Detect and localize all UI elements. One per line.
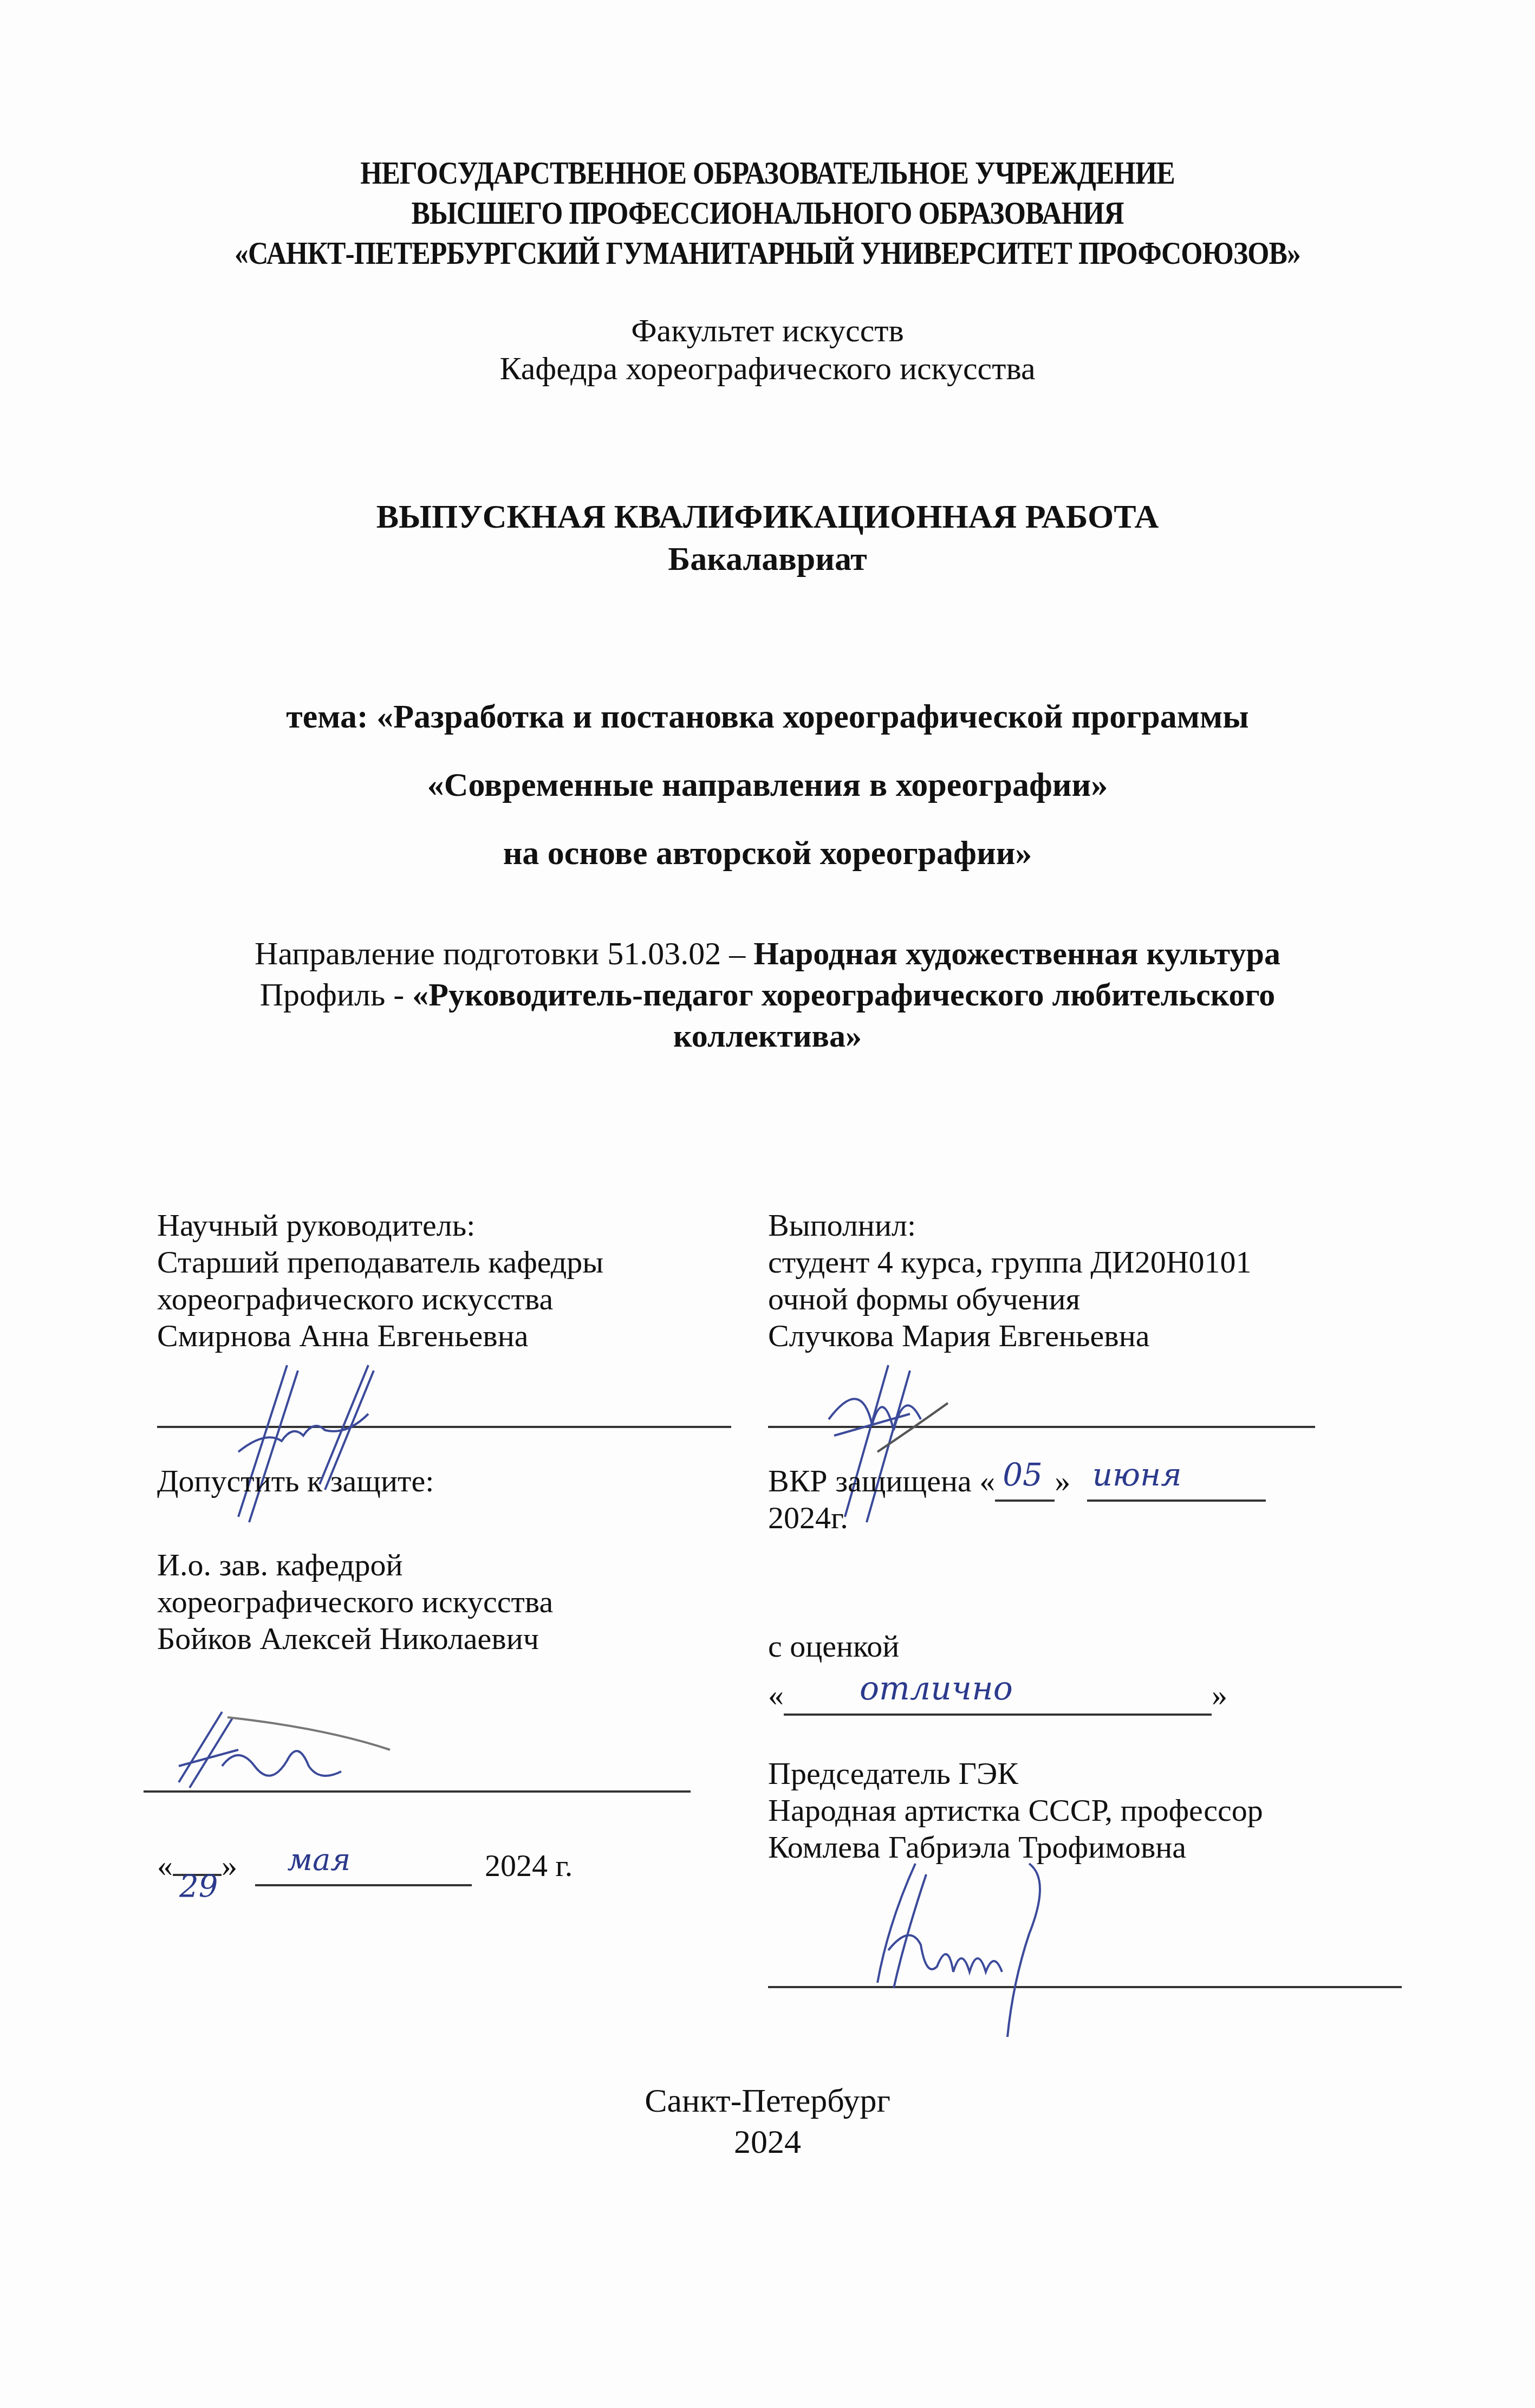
thesis-title-page: НЕГОСУДАРСТВЕННОЕ ОБРАЗОВАТЕЛЬНОЕ УЧРЕЖД… xyxy=(0,0,1535,2408)
theme-block: тема: «Разработка и постановка хореограф… xyxy=(0,683,1535,887)
supervisor-signature-line xyxy=(157,1426,731,1428)
admission-date-year: 2024 г. xyxy=(485,1848,573,1883)
admission-heading: Допустить к защите: xyxy=(157,1463,742,1500)
supervisor-block: Научный руководитель: Старший преподават… xyxy=(157,1207,742,1354)
defense-grade-close: » xyxy=(1212,1677,1227,1712)
admission-name: Бойков Алексей Николаевич xyxy=(157,1620,742,1657)
admission-date-day: 29 xyxy=(179,1868,218,1905)
admission-signature-icon xyxy=(162,1706,422,1809)
theme-line-1: тема: «Разработка и постановка хореограф… xyxy=(0,683,1535,751)
defense-grade-open: « xyxy=(768,1677,784,1712)
profile-label: Профиль - xyxy=(260,977,413,1012)
work-level: Бакалавриат xyxy=(0,538,1535,580)
footer-city: Санкт-Петербург xyxy=(0,2080,1535,2121)
defense-grade-value: отлично xyxy=(860,1670,1013,1707)
admission-date: «29» мая 2024 г. xyxy=(157,1847,742,1886)
commission-heading: Председатель ГЭК xyxy=(768,1755,1407,1792)
admission-position-1: И.о. зав. кафедрой xyxy=(157,1547,742,1583)
supervisor-signature-icon xyxy=(206,1354,455,1528)
commission-signature-icon xyxy=(867,1858,1072,2042)
department-name: Кафедра хореографического искусства xyxy=(0,349,1535,387)
commission-block: Председатель ГЭК Народная артистка СССР,… xyxy=(768,1755,1407,1866)
defense-month: июня xyxy=(1092,1456,1182,1493)
student-heading: Выполнил: xyxy=(768,1207,1407,1244)
student-signature-line xyxy=(768,1426,1315,1428)
defense-month-field: июня xyxy=(1087,1463,1266,1502)
profile-value-2: коллектива» xyxy=(673,1018,862,1054)
commission-title: Народная артистка СССР, профессор xyxy=(768,1792,1407,1829)
institution-line-3: «САНКТ-ПЕТЕРБУРГСКИЙ ГУМАНИТАРНЫЙ УНИВЕР… xyxy=(107,233,1427,273)
supervisor-heading: Научный руководитель: xyxy=(157,1207,742,1244)
defense-date: ВКР защищена «05 » июня xyxy=(768,1463,1407,1502)
defense-label: ВКР защищена « xyxy=(768,1463,995,1498)
commission-signature-line xyxy=(768,1986,1402,1988)
defense-year: 2024г. xyxy=(768,1500,1407,1536)
admission-date-close: » xyxy=(222,1848,237,1883)
direction-line: Направление подготовки 51.03.02 – Народн… xyxy=(0,933,1535,974)
institution-line-1: НЕГОСУДАРСТВЕННОЕ ОБРАЗОВАТЕЛЬНОЕ УЧРЕЖД… xyxy=(107,153,1427,193)
defense-grade-label: с оценкой xyxy=(768,1628,1407,1665)
defense-day-field: 05 xyxy=(995,1463,1055,1502)
admission-signature-line xyxy=(144,1790,691,1793)
student-line-2: очной формы обучения xyxy=(768,1281,1407,1317)
student-name: Случкова Мария Евгеньевна xyxy=(768,1317,1407,1354)
admission-date-month: мая xyxy=(288,1842,351,1879)
admission-block: И.о. зав. кафедрой хореографического иск… xyxy=(157,1547,742,1657)
faculty-name: Факультет искусств xyxy=(0,311,1535,349)
defense-grade-block: с оценкой «отлично » xyxy=(768,1628,1407,1716)
admission-heading-block: Допустить к защите: xyxy=(157,1463,742,1500)
institution-line-2: ВЫСШЕГО ПРОФЕССИОНАЛЬНОГО ОБРАЗОВАНИЯ xyxy=(107,193,1427,233)
faculty-block: Факультет искусств Кафедра хореографичес… xyxy=(0,311,1535,387)
admission-position-2: хореографического искусства xyxy=(157,1583,742,1620)
institution-header: НЕГОСУДАРСТВЕННОЕ ОБРАЗОВАТЕЛЬНОЕ УЧРЕЖД… xyxy=(107,153,1427,273)
supervisor-name: Смирнова Анна Евгеньевна xyxy=(157,1317,742,1354)
supervisor-position-1: Старший преподаватель кафедры xyxy=(157,1244,742,1281)
footer-year: 2024 xyxy=(0,2121,1535,2163)
admission-date-day-field: 29 xyxy=(173,1874,222,1876)
student-line-1: студент 4 курса, группа ДИ20Н0101 xyxy=(768,1244,1407,1281)
footer-block: Санкт-Петербург 2024 xyxy=(0,2080,1535,2163)
commission-name: Комлева Габриэла Трофимовна xyxy=(768,1829,1407,1866)
defense-close: » xyxy=(1055,1463,1070,1498)
supervisor-position-2: хореографического искусства xyxy=(157,1281,742,1317)
theme-line-2: «Современные направления в хореографии» xyxy=(0,751,1535,819)
work-title-block: ВЫПУСКНАЯ КВАЛИФИКАЦИОННАЯ РАБОТА Бакала… xyxy=(0,496,1535,580)
profile-line-2: коллектива» xyxy=(0,1015,1535,1056)
profile-line: Профиль - «Руководитель-педагог хореогра… xyxy=(0,974,1535,1015)
profile-value-1: «Руководитель-педагог хореографического … xyxy=(412,977,1275,1012)
defense-grade-field: отлично xyxy=(784,1677,1212,1716)
work-type: ВЫПУСКНАЯ КВАЛИФИКАЦИОННАЯ РАБОТА xyxy=(0,496,1535,538)
admission-date-month-field: мая xyxy=(255,1847,472,1886)
defense-year-block: 2024г. xyxy=(768,1500,1407,1536)
admission-date-open: « xyxy=(157,1848,173,1883)
defense-grade-line: «отлично » xyxy=(768,1677,1407,1716)
student-block: Выполнил: студент 4 курса, группа ДИ20Н0… xyxy=(768,1207,1407,1354)
theme-line-3: на основе авторской хореографии» xyxy=(0,819,1535,887)
direction-label: Направление подготовки 51.03.02 – xyxy=(255,936,753,971)
direction-block: Направление подготовки 51.03.02 – Народн… xyxy=(0,933,1535,1056)
direction-value: Народная художественная культура xyxy=(753,936,1280,971)
defense-day: 05 xyxy=(1003,1456,1043,1493)
